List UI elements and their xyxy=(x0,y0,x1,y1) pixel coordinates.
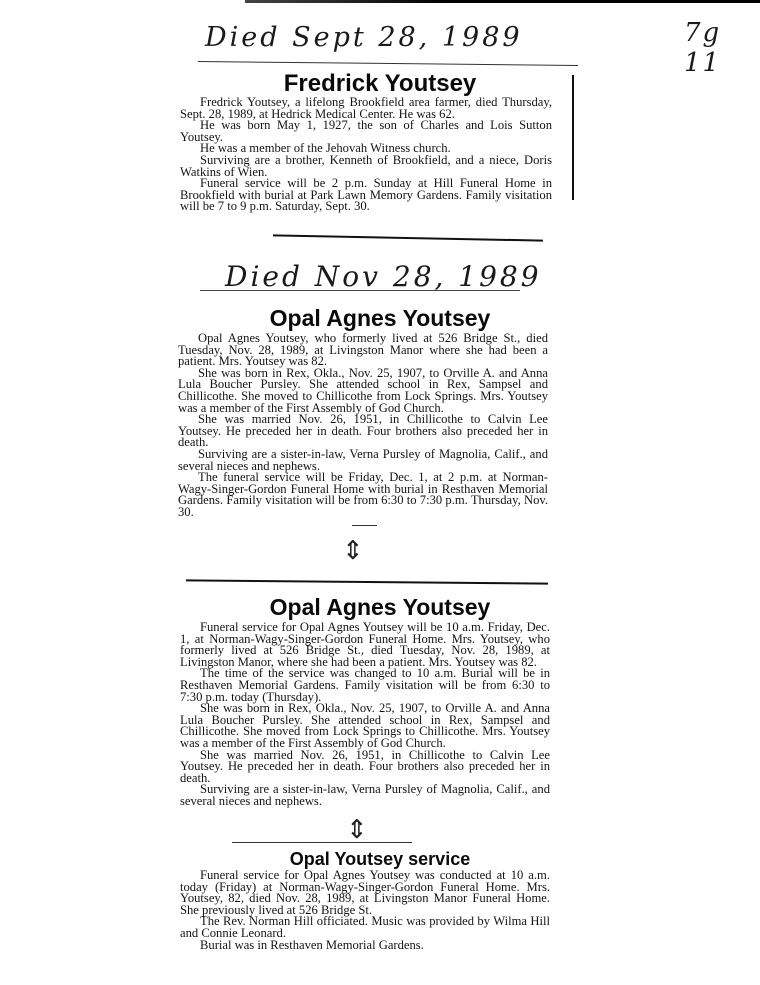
paragraph: Surviving are a sister-in-law, Verna Pur… xyxy=(178,449,548,472)
paragraph: Funeral service for Opal Agnes Youtsey w… xyxy=(180,622,550,668)
handwritten-date: Died Sept 28, 1989 xyxy=(205,22,523,53)
paragraph: Funeral service will be 2 p.m. Sunday at… xyxy=(180,178,552,213)
article-headline: Opal Agnes Youtsey xyxy=(190,305,570,332)
paragraph: Surviving are a brother, Kenneth of Broo… xyxy=(180,155,552,178)
article-headline: Opal Agnes Youtsey xyxy=(190,594,570,621)
short-divider xyxy=(352,525,377,526)
paragraph: She was married Nov. 26, 1951, in Chilli… xyxy=(178,414,548,449)
paragraph: Surviving are a sister-in-law, Verna Pur… xyxy=(180,784,550,807)
paragraph: He was born May 1, 1927, the son of Char… xyxy=(180,120,552,143)
section-divider xyxy=(186,579,548,584)
paragraph: The Rev. Norman Hill officiated. Music w… xyxy=(180,916,550,939)
handwritten-arrow-icon: ⇕ xyxy=(346,815,368,845)
paragraph: She was born in Rex, Okla., Nov. 25, 190… xyxy=(178,368,548,414)
paragraph: Opal Agnes Youtsey, who formerly lived a… xyxy=(178,333,548,368)
handwritten-page-note: 7g 11 xyxy=(684,18,760,78)
handwritten-date: Died Nov 28, 1989 xyxy=(225,260,542,293)
article-body: Funeral service for Opal Agnes Youtsey w… xyxy=(180,870,550,951)
paragraph: Burial was in Resthaven Memorial Gardens… xyxy=(180,940,550,952)
article-headline: Opal Youtsey service xyxy=(190,849,570,870)
underline-rule xyxy=(200,290,520,291)
paragraph: She was married Nov. 26, 1951, in Chilli… xyxy=(180,750,550,785)
underline-rule xyxy=(198,61,578,66)
article-body: Fredrick Youtsey, a lifelong Brookfield … xyxy=(180,97,552,213)
handwritten-arrow-icon: ⇕ xyxy=(342,536,364,566)
article-headline: Fredrick Youtsey xyxy=(190,70,570,98)
paragraph: She was born in Rex, Okla., Nov. 25, 190… xyxy=(180,703,550,749)
section-divider xyxy=(273,234,543,241)
paragraph: Funeral service for Opal Agnes Youtsey w… xyxy=(180,870,550,916)
paragraph: The funeral service will be Friday, Dec.… xyxy=(178,472,548,518)
section-divider xyxy=(232,842,412,843)
column-rule-vertical xyxy=(572,75,574,200)
paragraph: The time of the service was changed to 1… xyxy=(180,668,550,703)
paragraph: Fredrick Youtsey, a lifelong Brookfield … xyxy=(180,97,552,120)
article-body: Opal Agnes Youtsey, who formerly lived a… xyxy=(178,333,548,519)
scan-edge-line xyxy=(245,0,760,3)
article-body: Funeral service for Opal Agnes Youtsey w… xyxy=(180,622,550,808)
